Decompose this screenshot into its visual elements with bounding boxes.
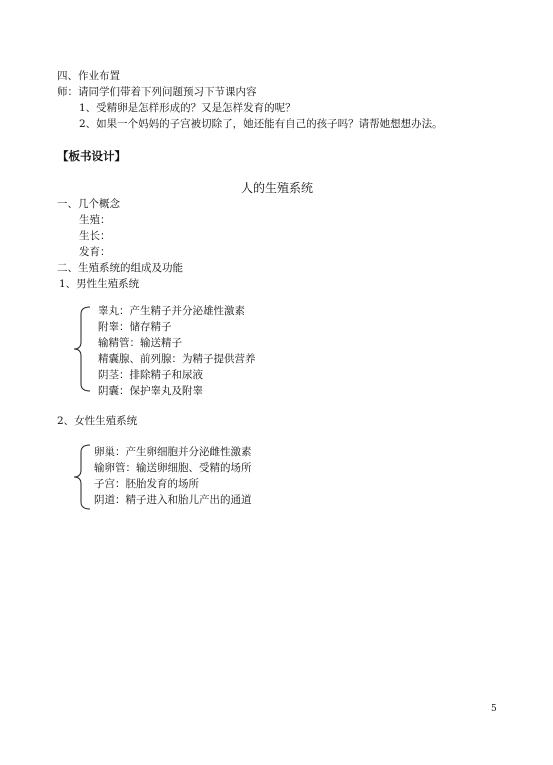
- female-organ-item: 输卵管：输送卵细胞、受精的场所: [94, 461, 252, 475]
- female-organ-item: 阴道：精子进入和胎儿产出的通道: [94, 493, 252, 507]
- female-system-heading: 2、女性生殖系统: [57, 414, 137, 428]
- concept-item: 生殖：: [79, 213, 111, 227]
- homework-question: 2、如果一个妈妈的子宫被切除了，她还能有自己的孩子吗？请帮她想想办法。: [79, 117, 443, 131]
- male-organ-item: 阴囊：保护睾丸及附睾: [98, 384, 203, 398]
- male-system-heading: 1、男性生殖系统: [59, 277, 139, 291]
- male-organ-item: 附睾：储存精子: [98, 320, 172, 334]
- page-number: 5: [491, 704, 497, 714]
- concept-item: 生长：: [79, 229, 111, 243]
- section2-heading: 二、生殖系统的组成及功能: [57, 261, 183, 275]
- teacher-prompt: 师：请同学们带着下列问题预习下节课内容: [57, 85, 257, 99]
- concept-item: 发育：: [79, 245, 111, 259]
- male-organ-item: 阴茎：排除精子和尿液: [98, 368, 203, 382]
- board-design-heading: 【板书设计】: [57, 149, 126, 163]
- board-title: 人的生殖系统: [241, 181, 313, 195]
- section1-heading: 一、几个概念: [57, 197, 120, 211]
- male-organ-item: 精囊腺、前列腺：为精子提供营养: [98, 352, 256, 366]
- male-organ-item: 睾丸：产生精子并分泌雄性激素: [98, 304, 245, 318]
- female-organ-item: 子宫：胚胎发育的场所: [94, 477, 199, 491]
- brace-icon: [72, 306, 94, 392]
- homework-heading: 四、作业布置: [57, 69, 120, 83]
- brace-icon: [72, 444, 94, 510]
- homework-question: 1、受精卵是怎样形成的？又是怎样发育的呢？: [79, 101, 296, 115]
- female-organ-item: 卵巢：产生卵细胞并分泌雌性激素: [94, 445, 252, 459]
- male-organ-item: 输精管：输送精子: [98, 336, 182, 350]
